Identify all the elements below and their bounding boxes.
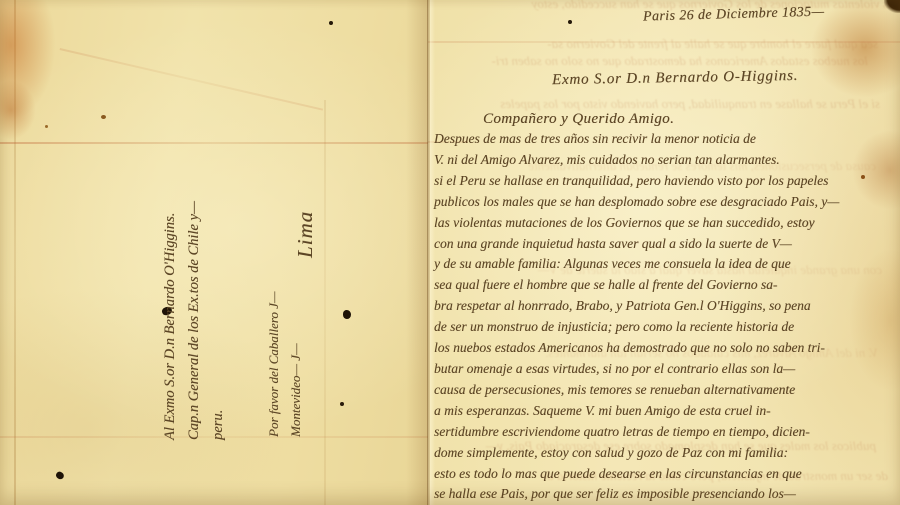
letter-page: las violentas mutaciones de los Govierno… — [428, 0, 900, 505]
stain-corner-dark — [884, 0, 900, 13]
letter-body-line: bra respetar al honrrado, Brabo, y Patri… — [434, 296, 896, 317]
ink-speck — [340, 402, 344, 406]
address-recipient-line: Al Exmo S.or D.n Bernardo O'Higgins. — [158, 145, 182, 440]
address-recipient-block: Al Exmo S.or D.n Bernardo O'Higgins. Cap… — [158, 145, 230, 440]
address-recipient-line: peru. — [206, 145, 230, 440]
letter-body-line: esto es todo lo mas que puede desearse e… — [434, 464, 896, 485]
page-fold-highlight — [430, 0, 435, 505]
stain — [0, 0, 56, 120]
page-fold-shadow — [406, 0, 428, 505]
letter-body-line: con una grande inquietud hasta saver qua… — [434, 234, 896, 255]
letter-body-line: y de su amable familia: Algunas veces me… — [434, 254, 896, 275]
fold-crease-diagonal — [60, 48, 324, 111]
bleed-through-text: los nuebos estados Americanos ha demostr… — [468, 53, 868, 69]
ink-blot — [55, 470, 65, 480]
letter-body: Despues de mas de tres años sin recivir … — [434, 129, 896, 505]
letter-body-line: Despues de mas de tres años sin recivir … — [434, 129, 896, 150]
letter-body-line: V. ni del Amigo Alvarez, mis cuidados no… — [434, 150, 896, 171]
ink-speck — [101, 115, 106, 119]
fold-crease-vertical-mid — [324, 100, 326, 505]
address-destination: Lima — [293, 158, 321, 258]
letter-greeting: Compañero y Querido Amigo. — [483, 111, 674, 128]
fold-crease-horizontal-upper — [0, 142, 428, 144]
letter-body-line: dome simplemente, estoy con salud y gozo… — [434, 443, 896, 464]
letter-body-line: si el Peru se hallase en tranquilidad, p… — [434, 171, 896, 192]
letter-body-line: las violentas mutaciones de los Govierno… — [434, 213, 896, 234]
letter-body-line: a mis esperanzas. Saqueme V. mi buen Ami… — [434, 401, 896, 422]
address-page: Al Exmo S.or D.n Bernardo O'Higgins. Cap… — [0, 0, 428, 505]
letter-body-line: sea qual fuere el hombre que se halle al… — [434, 275, 896, 296]
letter-body-line: causa de persecusiones, mis temores se r… — [434, 380, 896, 401]
address-carrier-line: Montevideo— J— — [285, 269, 307, 437]
letter-body-line: sertidumbre escriviendome quatro letras … — [434, 422, 896, 443]
letter-photo: Al Exmo S.or D.n Bernardo O'Higgins. Cap… — [0, 0, 900, 505]
letter-dateline: Paris 26 de Diciembre 1835— — [643, 4, 825, 25]
ink-speck — [45, 125, 48, 128]
letter-body-line: los nuebos estados Americanos ha demostr… — [434, 338, 896, 359]
address-carrier-line: Por favor del Caballero J— — [263, 269, 285, 437]
bleed-through-text: sea qual fuere el hombre que se halle al… — [438, 36, 878, 52]
ink-speck — [329, 21, 333, 25]
letter-body-line: se halla ese Pais, por que ser feliz es … — [434, 484, 896, 505]
letter-body-line: butar omenaje a esas virtudes, si no por… — [434, 359, 896, 380]
address-recipient-line: Cap.n General de los Ex.tos de Chile y— — [182, 145, 206, 440]
fold-crease-vertical-left — [14, 0, 16, 505]
ink-speck — [568, 20, 572, 24]
letter-body-line: publicos los males que se han desplomado… — [434, 192, 896, 213]
stain — [0, 80, 36, 140]
bleed-through-text: si el Peru se hallase en tranquilidad, p… — [440, 96, 880, 112]
letter-salutation: Exmo S.or D.n Bernardo O-Higgins. — [552, 68, 799, 89]
fold-crease-horizontal — [428, 41, 900, 43]
address-carrier-block: Por favor del Caballero J— Montevideo— J… — [263, 269, 309, 437]
letter-body-line: de ser un monstruo de injusticia; pero c… — [434, 317, 896, 338]
ink-blot — [343, 310, 351, 319]
